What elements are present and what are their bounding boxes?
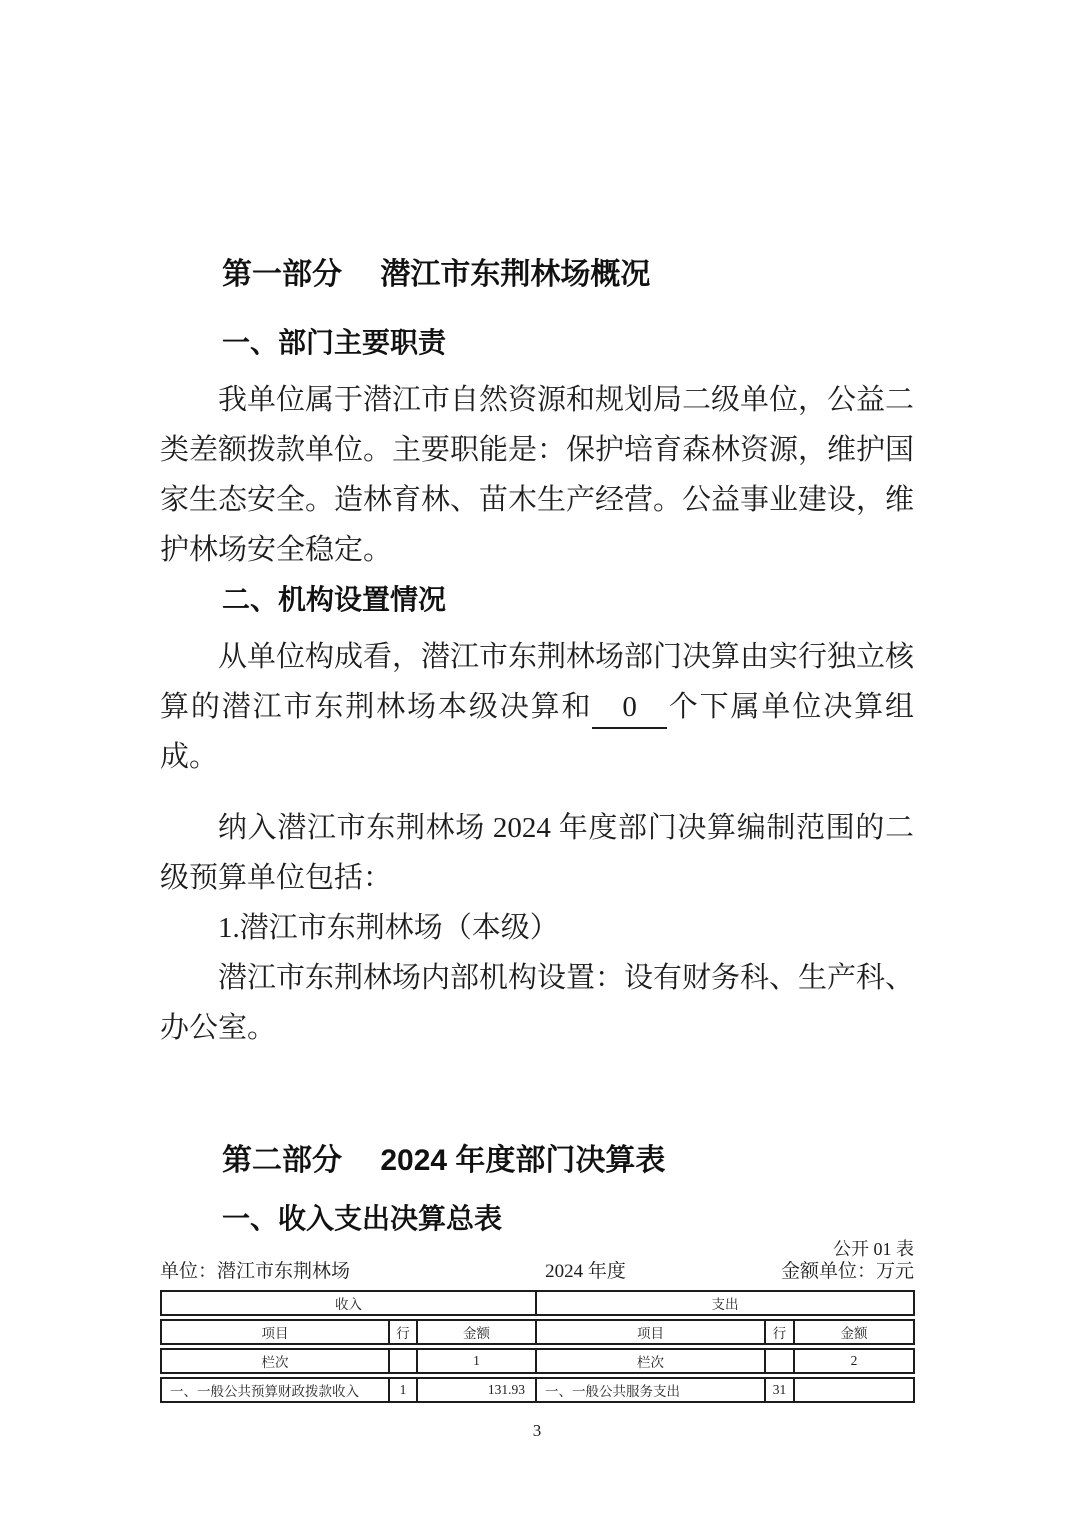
part1-paragraph-internal-orgs: 潜江市东荆林场内部机构设置：设有财务科、生产科、办公室。 <box>160 953 914 1053</box>
table-meta-unit: 单位：潜江市东荆林场 <box>160 1259 350 1285</box>
table-data-row: 一、一般公共预算财政拨款收入 1 131.93 一、一般公共服务支出 31 <box>160 1377 915 1403</box>
col-header-expense-item: 项目 <box>535 1319 764 1345</box>
col-header-expense-line: 行 <box>764 1319 793 1345</box>
col-header-expense-amount: 金额 <box>793 1319 915 1345</box>
table-group-header-row: 收入 支出 <box>160 1290 915 1316</box>
table-meta-row: 单位：潜江市东荆林场 2024 年度 金额单位：万元 <box>160 1259 914 1285</box>
col-header-income-amount: 金额 <box>416 1319 535 1345</box>
expense-group-header: 支出 <box>535 1290 915 1316</box>
income-group-header: 收入 <box>160 1290 535 1316</box>
income-amount-cell: 131.93 <box>416 1377 535 1403</box>
col-header-income-line: 行 <box>388 1319 416 1345</box>
part2-title: 第二部分 2024 年度部门决算表 <box>222 1139 914 1183</box>
expense-line-cell: 31 <box>764 1377 793 1403</box>
table-lane-row: 栏次 1 栏次 2 <box>160 1348 915 1374</box>
document-page: 第一部分 潜江市东荆林场概况 一、部门主要职责 我单位属于潜江市自然资源和规划局… <box>0 0 1074 1520</box>
part1-paragraph-unit-list: 1.潜江市东荆林场（本级） <box>160 903 914 953</box>
lane-blank-expense <box>764 1348 793 1374</box>
part1-paragraph-duties: 我单位属于潜江市自然资源和规划局二级单位，公益二类差额拨款单位。主要职能是：保护… <box>160 375 914 575</box>
income-expenditure-summary-table: 收入 支出 项目 行 金额 项目 行 金额 栏次 1 栏次 2 一、一般公共预算… <box>160 1287 915 1406</box>
table-meta-amount-unit: 金额单位：万元 <box>781 1259 914 1285</box>
part1-title: 第一部分 潜江市东荆林场概况 <box>222 253 914 297</box>
lane-blank-income <box>388 1348 416 1374</box>
page-number: 3 <box>160 1422 914 1440</box>
income-item-cell: 一、一般公共预算财政拨款收入 <box>160 1377 388 1403</box>
table-meta-year: 2024 年度 <box>545 1259 626 1285</box>
col-header-income-item: 项目 <box>160 1319 388 1345</box>
part1-section1-heading: 一、部门主要职责 <box>222 322 914 364</box>
expense-item-cell: 一、一般公共服务支出 <box>535 1377 764 1403</box>
subordinate-units-count: 0 <box>592 687 667 729</box>
expense-amount-cell <box>793 1377 915 1403</box>
lane-number-income: 1 <box>416 1348 535 1374</box>
lane-label-income: 栏次 <box>160 1348 388 1374</box>
part2-section1-heading: 一、收入支出决算总表 <box>222 1199 914 1239</box>
table-column-header-row: 项目 行 金额 项目 行 金额 <box>160 1319 915 1345</box>
lane-label-expense: 栏次 <box>535 1348 764 1374</box>
part1-paragraph-scope: 纳入潜江市东荆林场 2024 年度部门决算编制范围的二级预算单位包括： <box>160 803 914 903</box>
part1-section2-heading: 二、机构设置情况 <box>222 579 914 621</box>
table-tag-label: 公开 01 表 <box>160 1239 914 1259</box>
income-line-cell: 1 <box>388 1377 416 1403</box>
lane-number-expense: 2 <box>793 1348 915 1374</box>
part1-paragraph-structure: 从单位构成看，潜江市东荆林场部门决算由实行独立核算的潜江市东荆林场本级决算和0个… <box>160 632 914 782</box>
